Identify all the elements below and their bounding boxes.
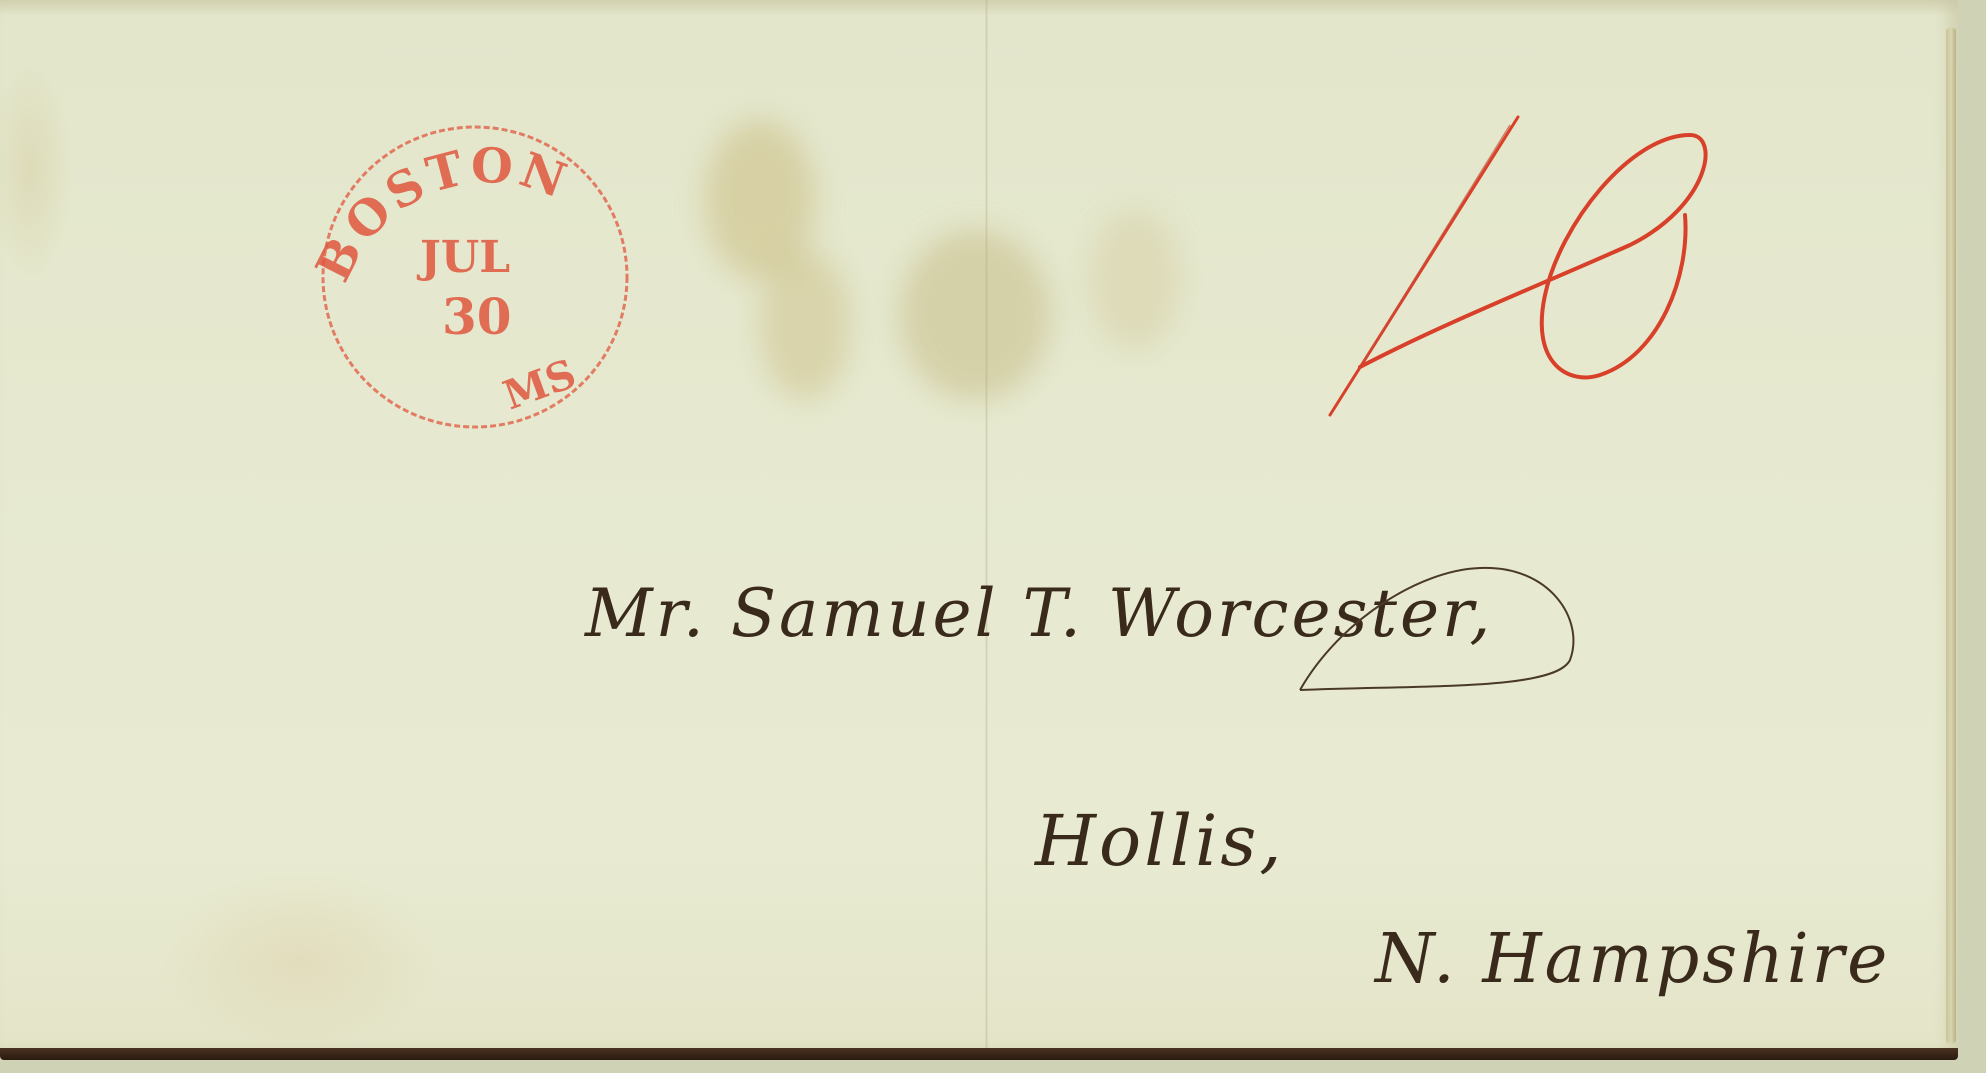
postmark-day: 30 bbox=[442, 287, 512, 346]
postmark-circle-icon: BOSTON JUL 30 MS bbox=[300, 112, 640, 432]
right-fold-edge bbox=[1946, 28, 1956, 1043]
center-fold-line bbox=[985, 0, 988, 1052]
postmark-month: JUL bbox=[416, 232, 510, 283]
foxing-stain bbox=[900, 230, 1050, 400]
postmark-state: MS bbox=[497, 350, 582, 419]
boston-postmark: BOSTON JUL 30 MS bbox=[300, 112, 640, 432]
foxing-stain bbox=[1090, 210, 1180, 350]
address-town: Hollis, bbox=[1035, 800, 1285, 882]
foxing-stain bbox=[760, 250, 850, 400]
address-state: N. Hampshire bbox=[1375, 920, 1890, 999]
letter-cover: BOSTON JUL 30 MS Mr. Samuel T. Worcester… bbox=[0, 0, 1958, 1052]
top-edge bbox=[0, 0, 1958, 16]
rate-marking-10 bbox=[1300, 105, 1720, 425]
p-flourish-icon bbox=[1280, 560, 1600, 700]
manuscript-rate-icon bbox=[1300, 105, 1720, 425]
